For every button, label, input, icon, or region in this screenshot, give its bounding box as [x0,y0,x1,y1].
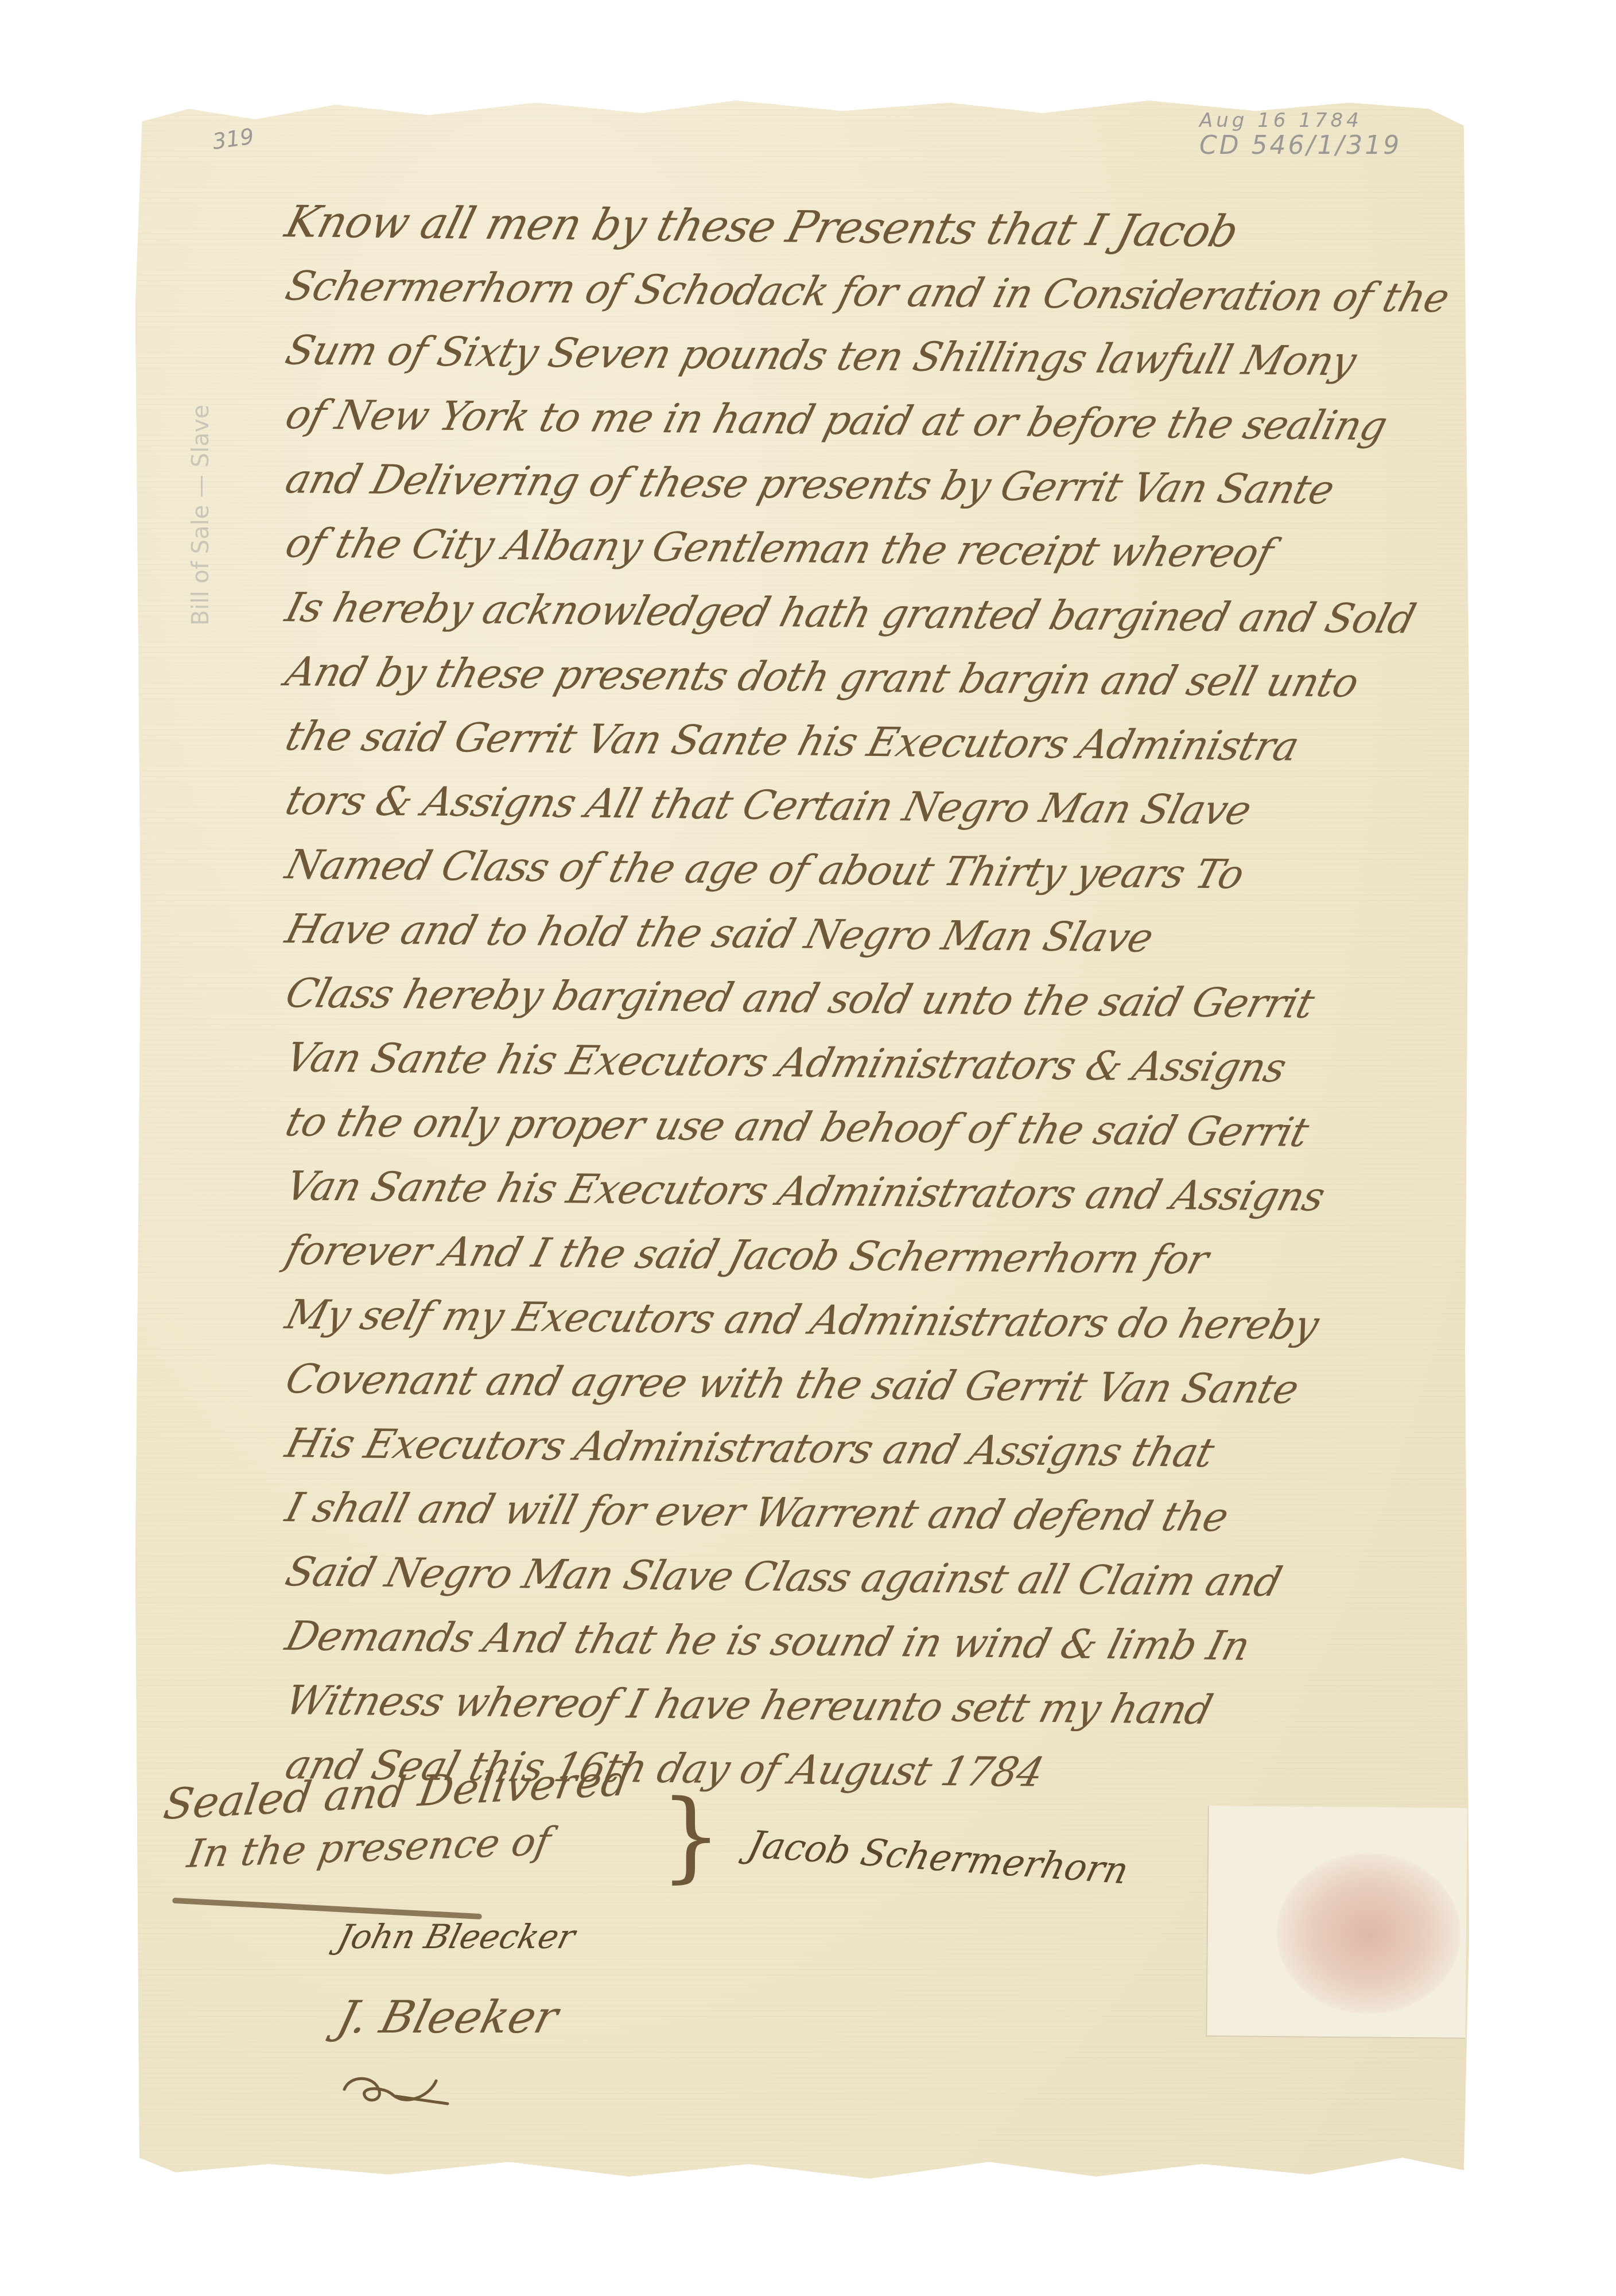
body-line: Is hereby acknowledged hath granted barg… [278,575,1440,651]
body-line: Named Class of the age of about Thirty y… [278,832,1440,909]
body-line: of New York to me in hand paid at or bef… [278,382,1440,459]
body-line: Witness whereof I have hereunto sett my … [278,1668,1440,1744]
margin-pencil-note: Bill of Sale — Slave [178,155,293,626]
body-line: tors & Assigns All that Certain Negro Ma… [278,768,1440,844]
body-line: and Delivering of these presents by Gerr… [278,447,1440,523]
body-line: Van Sante his Executors Administrators a… [278,1154,1440,1230]
wax-seal-patch [1206,1806,1467,2039]
witness-signature-2: J. Bleeker [332,1992,564,2043]
body-line: Sum of Sixty Seven pounds ten Shillings … [278,318,1440,394]
document-body: Know all men by these Presents that I Ja… [287,189,1435,1797]
body-line: Know all men by these Presents that I Ja… [278,189,1440,266]
body-line: forever And I the said Jacob Schermerhor… [278,1218,1440,1294]
body-line: Said Negro Man Slave Class against all C… [278,1539,1440,1616]
archival-call-number: CD 546/1/319 [1199,131,1401,160]
body-line: of the City Albany Gentleman the receipt… [278,511,1440,587]
wax-seal-icon [1276,1852,1461,2015]
signature-flourish-icon [339,2072,453,2107]
body-line: to the only proper use and behoof of the… [278,1089,1440,1166]
witness-signature-1: John Bleecker [334,1917,580,1956]
brace-flourish-icon: } [660,1779,722,1893]
body-line: My self my Executors and Administrators … [278,1282,1440,1359]
body-line: Have and to hold the said Negro Man Slav… [278,897,1440,973]
body-line: the said Gerrit Van Sante his Executors … [278,704,1440,780]
body-line: His Executors Administrators and Assigns… [278,1411,1440,1487]
archival-date-note: Aug 16 1784 [1199,109,1362,132]
body-line: And by these presents doth grant bargin … [278,639,1440,716]
body-line: Class hereby bargined and sold unto the … [278,961,1440,1037]
body-line: Schermerhorn of Schodack for and in Cons… [278,254,1440,330]
body-line: Demands And that he is sound in wind & l… [278,1604,1440,1680]
body-line: Covenant and agree with the said Gerrit … [278,1347,1440,1423]
body-line: I shall and will for ever Warrent and de… [278,1475,1440,1552]
body-line: Van Sante his Executors Administrators &… [278,1025,1440,1102]
